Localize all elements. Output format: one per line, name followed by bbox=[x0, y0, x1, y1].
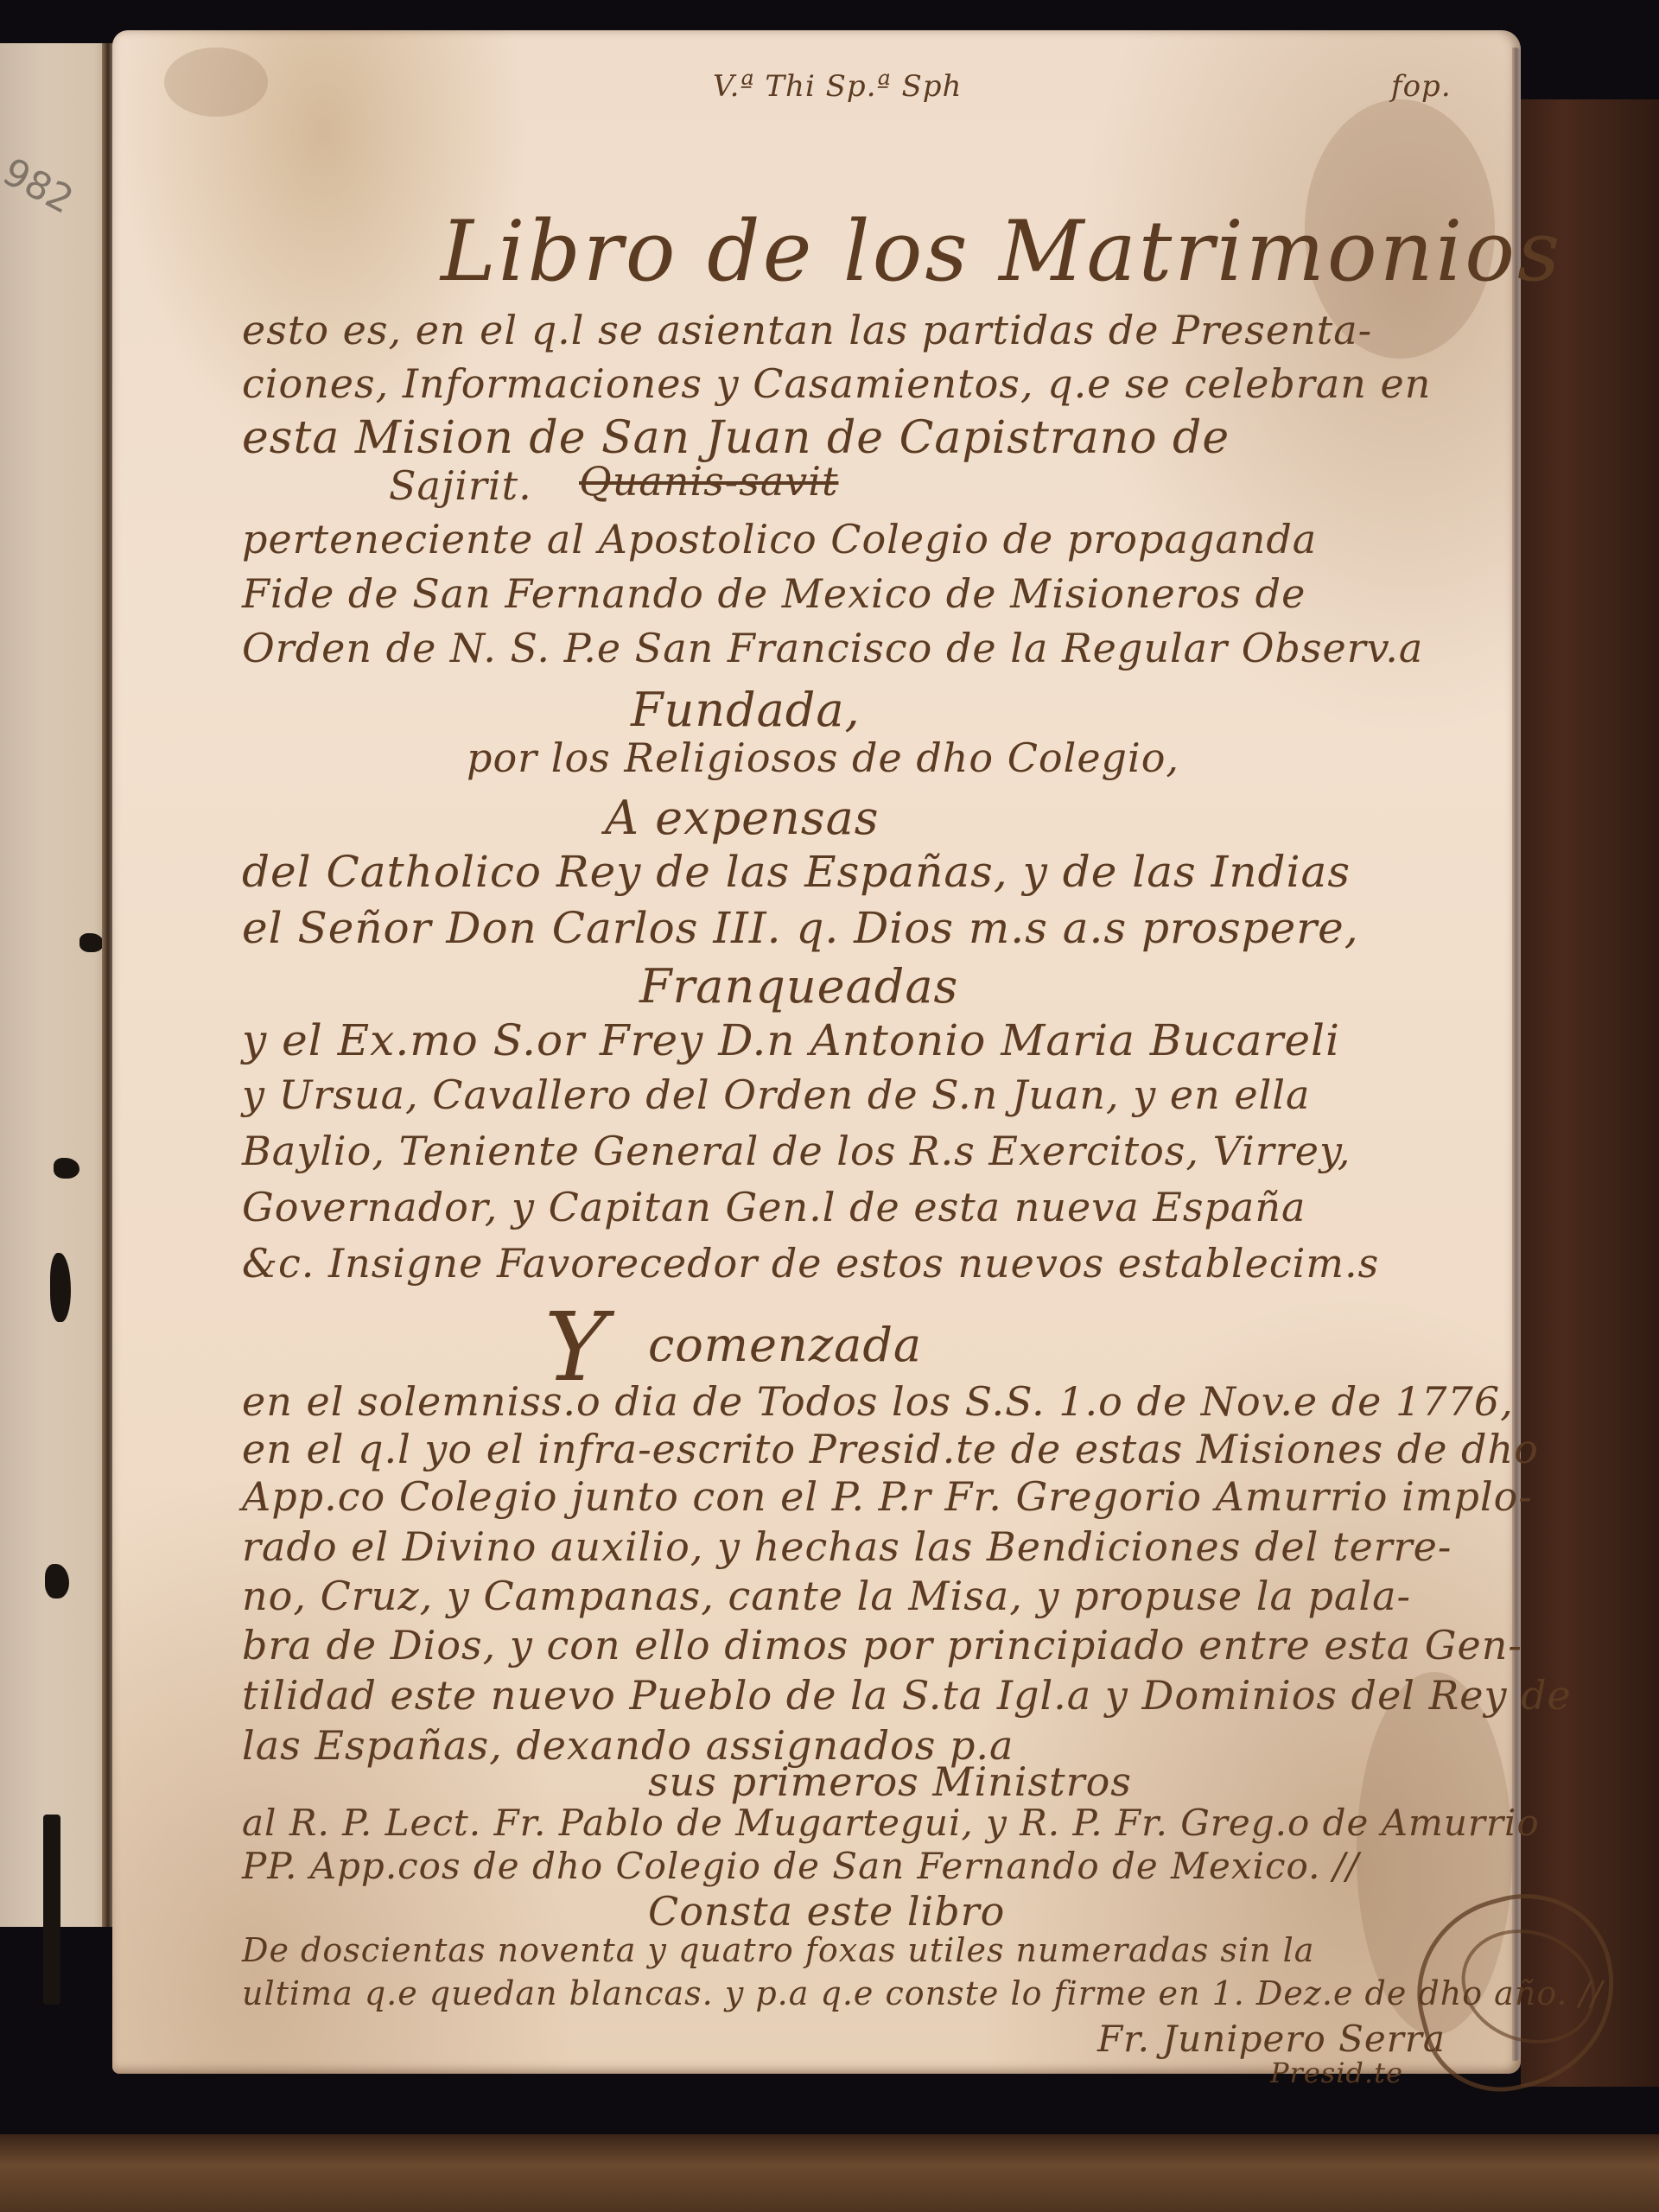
text-line: Sajirit. bbox=[389, 462, 532, 509]
text-line: bra de Dios, y con ello dimos por princi… bbox=[242, 1622, 1522, 1669]
text-line: del Catholico Rey de las Españas, y de l… bbox=[242, 847, 1351, 897]
text-line: y Ursua, Cavallero del Orden de S.n Juan… bbox=[242, 1071, 1310, 1118]
text-line: ultima q.e quedan blancas. y p.a q.e con… bbox=[242, 1974, 1603, 2012]
table-surface bbox=[0, 2134, 1659, 2212]
text-line: De doscientas noventa y quatro foxas uti… bbox=[242, 1931, 1314, 1969]
text-line: no, Cruz, y Campanas, cante la Misa, y p… bbox=[242, 1573, 1411, 1619]
text-line: Fide de San Fernando de Mexico de Mision… bbox=[242, 570, 1306, 617]
pencil-page-number: 982 bbox=[0, 149, 80, 222]
paper-damage bbox=[45, 1564, 69, 1599]
paper-damage bbox=[43, 1815, 60, 2005]
header-note: V.ª Thi Sp.ª Sph bbox=[713, 69, 962, 104]
signature-title: Presid.te bbox=[1270, 2056, 1403, 2089]
text-line: &c. Insigne Favorecedor de estos nuevos … bbox=[242, 1240, 1379, 1287]
paper-damage bbox=[54, 1158, 79, 1179]
text-line: App.co Colegio junto con el P. P.r Fr. G… bbox=[242, 1473, 1533, 1520]
heading-fundada: Fundada, bbox=[631, 683, 861, 737]
heading-expensas: A expensas bbox=[605, 791, 880, 845]
text-line: esta Mision de San Juan de Capistrano de bbox=[242, 412, 1230, 464]
left-facing-page: 982 bbox=[0, 43, 111, 1927]
text-line: PP. App.cos de dho Colegio de San Fernan… bbox=[242, 1845, 1359, 1887]
heading-comenzada: comenzada bbox=[648, 1318, 922, 1372]
text-line: y el Ex.mo S.or Frey D.n Antonio Maria B… bbox=[242, 1015, 1340, 1065]
page-edge bbox=[1512, 48, 1521, 2061]
text-line: en el q.l yo el infra-escrito Presid.te … bbox=[242, 1426, 1539, 1472]
text-line: Orden de N. S. P.e San Francisco de la R… bbox=[242, 625, 1423, 671]
folio-mark: fop. bbox=[1391, 69, 1452, 104]
manuscript-page: V.ª Thi Sp.ª Sph fop. Libro de los Matri… bbox=[112, 30, 1521, 2074]
text-line: sus primeros Ministros bbox=[648, 1758, 1132, 1805]
signature-name: Fr. Junipero Serra bbox=[1097, 2018, 1446, 2060]
text-line: rado el Divino auxilio, y hechas las Ben… bbox=[242, 1523, 1452, 1570]
water-stain bbox=[164, 48, 268, 117]
text-line: al R. P. Lect. Fr. Pablo de Mugartegui, … bbox=[242, 1802, 1540, 1844]
text-line: el Señor Don Carlos III. q. Dios m.s a.s… bbox=[242, 903, 1359, 953]
text-line: perteneciente al Apostolico Colegio de p… bbox=[242, 516, 1317, 563]
struck-text: Quanis-savit bbox=[579, 458, 838, 505]
text-line: tilidad este nuevo Pueblo de la S.ta Igl… bbox=[242, 1672, 1572, 1719]
book-cover-board bbox=[1521, 99, 1659, 2087]
paper-damage bbox=[50, 1253, 71, 1322]
page-title: Libro de los Matrimonios bbox=[441, 203, 1562, 300]
text-line: por los Religiosos de dho Colegio, bbox=[467, 734, 1179, 781]
text-line: Consta este libro bbox=[648, 1888, 1005, 1935]
heading-franqueadas: Franqueadas bbox=[639, 959, 958, 1014]
text-line: esto es, en el q.l se asientan las parti… bbox=[242, 307, 1372, 353]
paper-damage bbox=[79, 933, 104, 952]
text-line: Baylio, Teniente General de los R.s Exer… bbox=[242, 1128, 1351, 1174]
text-line: ciones, Informaciones y Casamientos, q.e… bbox=[242, 360, 1431, 407]
text-line: en el solemniss.o dia de Todos los S.S. … bbox=[242, 1378, 1514, 1425]
text-line: Governador, y Capitan Gen.l de esta nuev… bbox=[242, 1184, 1306, 1230]
